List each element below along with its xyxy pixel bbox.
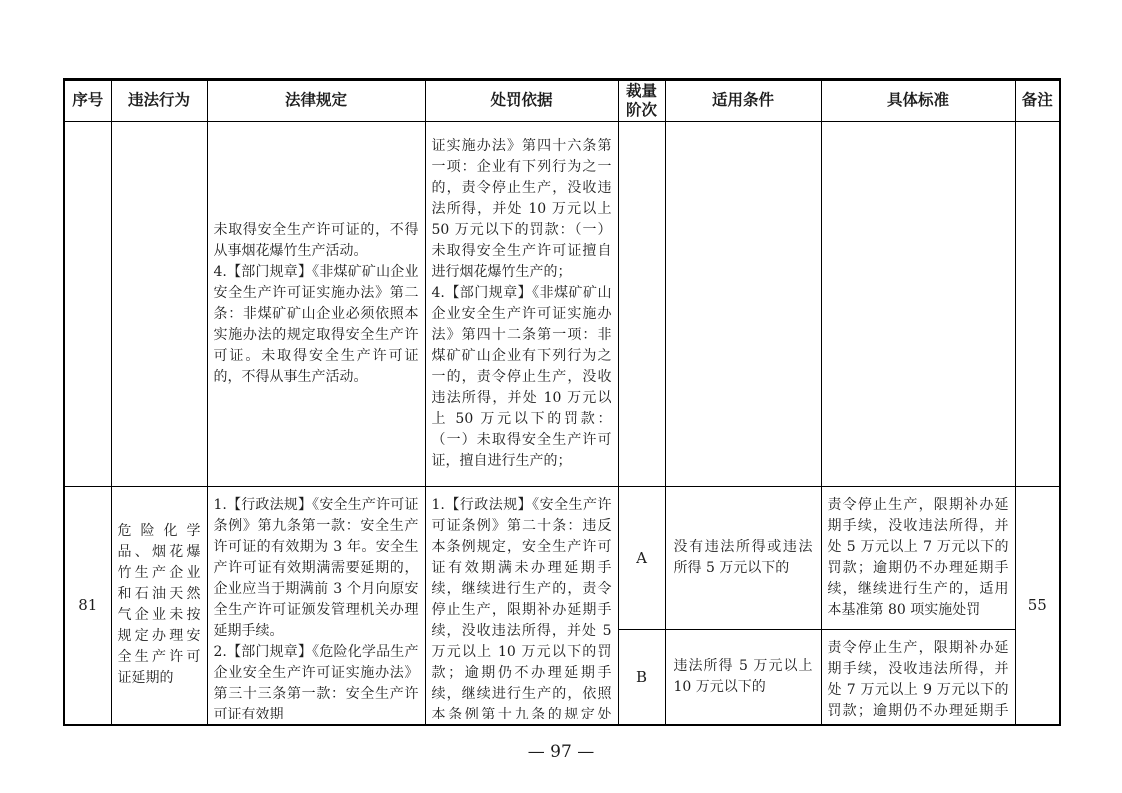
- penalty-discretion-table: 序号 违法行为 法律规定 处罚依据 裁量 阶次 适用条件 具体标准 备注 未取得…: [63, 78, 1061, 726]
- cell-condition-prev: [665, 122, 821, 487]
- header-level: 裁量 阶次: [618, 80, 665, 122]
- cell-legal-prev: 未取得安全生产许可证的，不得从事烟花爆竹生产活动。 4.【部门规章】《非煤矿矿山…: [207, 122, 425, 487]
- cell-legal-81: 1.【行政法规】《安全生产许可证条例》第九条第一款：安全生产许可证的有效期为 3…: [207, 487, 425, 725]
- table-header-row: 序号 违法行为 法律规定 处罚依据 裁量 阶次 适用条件 具体标准 备注: [64, 80, 1060, 122]
- cell-remark-prev: [1015, 122, 1060, 487]
- header-condition: 适用条件: [665, 80, 821, 122]
- cell-seq-prev: [64, 122, 111, 487]
- cell-standard-prev: [821, 122, 1015, 487]
- cell-seq-81: 81: [64, 487, 111, 725]
- cell-level-b: B: [618, 630, 665, 725]
- header-remark: 备注: [1015, 80, 1060, 122]
- condition-text-b: 违法所得 5 万元以上 10 万元以下的: [666, 652, 821, 702]
- penalty-discretion-table-container: 序号 违法行为 法律规定 处罚依据 裁量 阶次 适用条件 具体标准 备注 未取得…: [63, 78, 1061, 726]
- basis-text-prev: 证实施办法》第四十六条第一项：企业有下列行为之一的，责令停止生产，没收违法所得，…: [426, 132, 618, 476]
- legal-text-prev: 未取得安全生产许可证的，不得从事烟花爆竹生产活动。 4.【部门规章】《非煤矿矿山…: [208, 216, 425, 392]
- standard-text-b: 责令停止生产，限期补办延期手续，没收违法所得，并处 7 万元以上 9 万元以下的…: [822, 634, 1015, 720]
- cell-basis-prev: 证实施办法》第四十六条第一项：企业有下列行为之一的，责令停止生产，没收违法所得，…: [425, 122, 618, 487]
- header-standard: 具体标准: [821, 80, 1015, 122]
- cell-behavior-81: 危险化学品、烟花爆竹生产企业和石油天然气企业未按规定办理安全生产许可证延期的: [111, 487, 207, 725]
- cell-level-prev: [618, 122, 665, 487]
- table-row-81-level-a: 81 危险化学品、烟花爆竹生产企业和石油天然气企业未按规定办理安全生产许可证延期…: [64, 487, 1060, 630]
- legal-text-81: 1.【行政法规】《安全生产许可证条例》第九条第一款：安全生产许可证的有效期为 3…: [208, 491, 425, 719]
- header-seq: 序号: [64, 80, 111, 122]
- header-legal: 法律规定: [207, 80, 425, 122]
- cell-condition-a: 没有违法所得或违法所得 5 万元以下的: [665, 487, 821, 630]
- table-row-continued: 未取得安全生产许可证的，不得从事烟花爆竹生产活动。 4.【部门规章】《非煤矿矿山…: [64, 122, 1060, 487]
- cell-behavior-prev: [111, 122, 207, 487]
- header-behavior: 违法行为: [111, 80, 207, 122]
- basis-text-81: 1.【行政法规】《安全生产许可证条例》第二十条：违反本条例规定，安全生产许可证有…: [426, 491, 618, 719]
- cell-standard-b: 责令停止生产，限期补办延期手续，没收违法所得，并处 7 万元以上 9 万元以下的…: [821, 630, 1015, 725]
- cell-condition-b: 违法所得 5 万元以上 10 万元以下的: [665, 630, 821, 725]
- cell-basis-81: 1.【行政法规】《安全生产许可证条例》第二十条：违反本条例规定，安全生产许可证有…: [425, 487, 618, 725]
- header-basis: 处罚依据: [425, 80, 618, 122]
- cell-level-a: A: [618, 487, 665, 630]
- behavior-text-81: 危险化学品、烟花爆竹生产企业和石油天然气企业未按规定办理安全生产许可证延期的: [112, 517, 207, 693]
- condition-text-a: 没有违法所得或违法所得 5 万元以下的: [666, 533, 821, 583]
- page-number: — 97 —: [0, 742, 1122, 762]
- cell-standard-a: 责令停止生产，限期补办延期手续，没收违法所得，并处 5 万元以上 7 万元以下的…: [821, 487, 1015, 630]
- cell-remark-81: 55: [1015, 487, 1060, 725]
- standard-text-a: 责令停止生产，限期补办延期手续，没收违法所得，并处 5 万元以上 7 万元以下的…: [822, 491, 1015, 625]
